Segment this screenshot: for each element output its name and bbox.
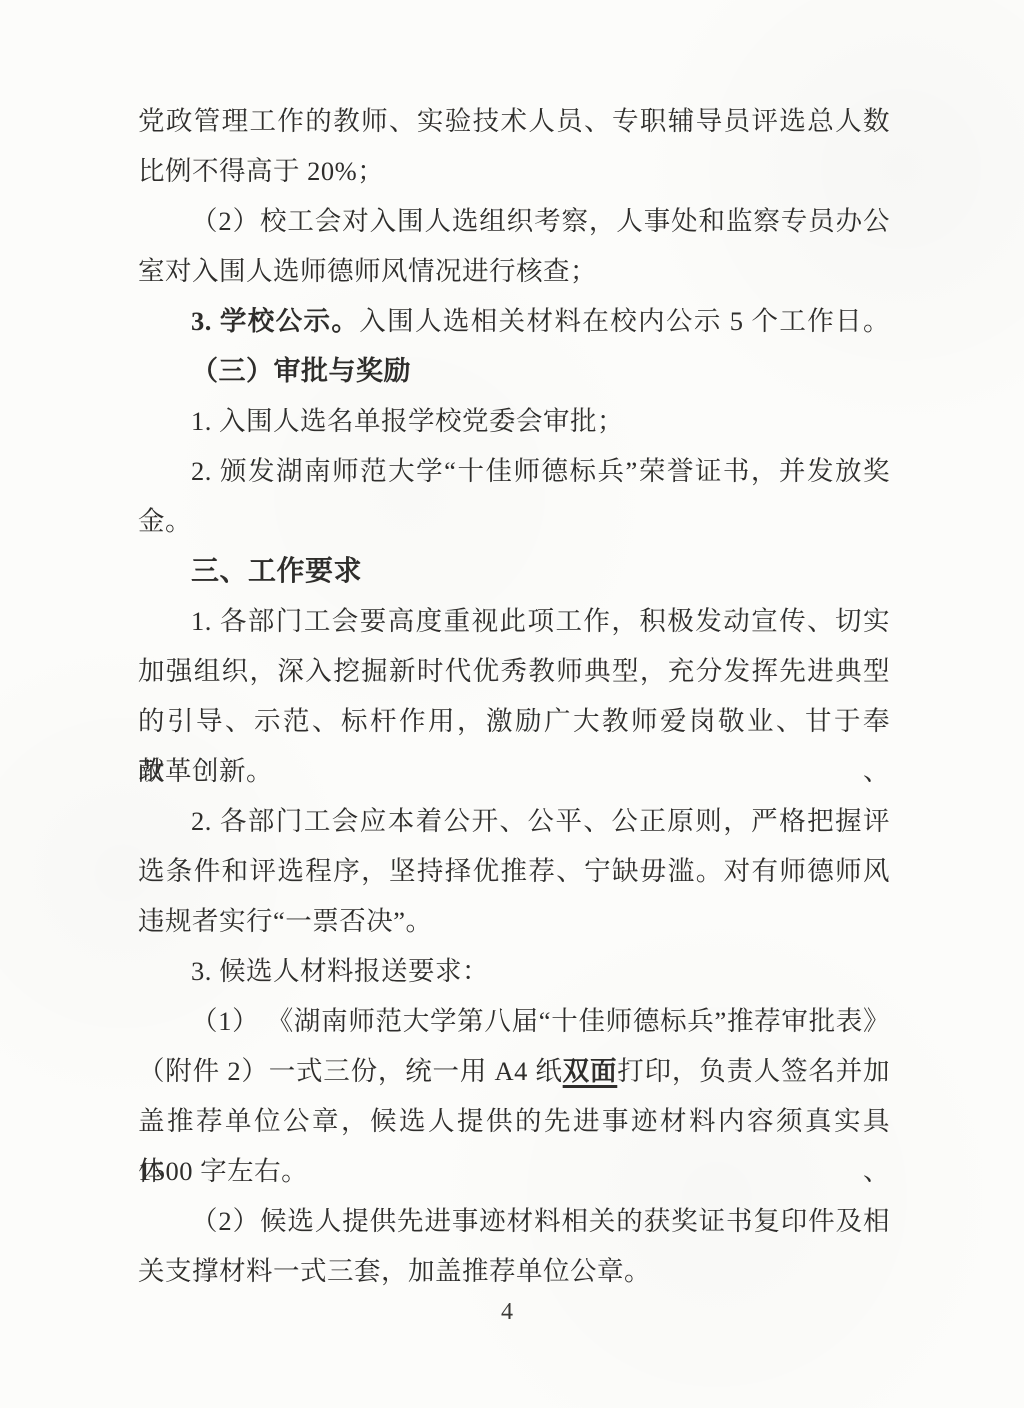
para-item-2-inspection-line-2: 室对入围人选师德师风情况进行核查； (138, 246, 890, 296)
para-approval-1-line-1: 1. 入围人选名单报学校党委会审批； (138, 396, 890, 446)
text-segment: 1. 入围人选名单报学校党委会审批； (191, 406, 624, 436)
para-requirement-2-line-3: 违规者实行“一票否决”。 (138, 896, 890, 946)
text-segment: 加强组织，深入挖掘新时代优秀教师典型，充分发挥先进典型 (138, 656, 890, 686)
para-approval-2-line-2: 金。 (138, 496, 890, 546)
document-page: 党政管理工作的教师、实验技术人员、专职辅导员评选总人数比例不得高于 20%；（2… (0, 0, 1024, 1408)
heading-section-3-approval-reward-line-1: （三）审批与奖励 (138, 346, 890, 396)
para-requirement-2-line-1: 2. 各部门工会应本着公开、公平、公正原则，严格把握评 (138, 796, 890, 846)
para-requirement-3-line-1: 3. 候选人材料报送要求： (138, 946, 890, 996)
text-segment: （三）审批与奖励 (191, 356, 411, 386)
text-segment: 比例不得高于 20%； (138, 156, 384, 186)
page-number: 4 (0, 1294, 1014, 1330)
text-segment: （附件 2）一式三份，统一用 A4 纸 (138, 1056, 563, 1086)
text-segment-lead: 3. 学校公示。 (191, 306, 359, 336)
heading-part-3-work-requirements-line-1: 三、工作要求 (138, 546, 890, 596)
para-quota-ratio-line-1: 党政管理工作的教师、实验技术人员、专职辅导员评选总人数 (138, 96, 890, 146)
text-segment: 金。 (138, 506, 192, 536)
para-requirement-1-line-3: 的引导、示范、标杆作用，激励广大教师爱岗敬业、甘于奉献、 (138, 696, 890, 746)
para-material-2-line-2: 关支撑材料一式三套，加盖推荐单位公章。 (138, 1246, 890, 1296)
text-segment: （1） 《湖南师范大学第八届“十佳师德标兵”推荐审批表》 (191, 1006, 890, 1036)
text-segment: 打印，负责人签名并加 (617, 1056, 890, 1086)
text-segment: 1. 各部门工会要高度重视此项工作，积极发动宣传、切实 (191, 606, 890, 636)
text-segment: 关支撑材料一式三套，加盖推荐单位公章。 (138, 1256, 651, 1286)
text-segment: 选条件和评选程序，坚持择优推荐、宁缺毋滥。对有师德师风 (138, 856, 890, 886)
para-material-1-line-3: 盖推荐单位公章，候选人提供的先进事迹材料内容须真实具体、 (138, 1096, 890, 1146)
text-segment: 入围人选相关材料在校内公示 5 个工作日。 (359, 306, 890, 336)
text-segment: 违规者实行“一票否决”。 (138, 906, 433, 936)
para-material-2-line-1: （2）候选人提供先进事迹材料相关的获奖证书复印件及相 (138, 1196, 890, 1246)
para-item-2-inspection-line-1: （2）校工会对入围人选组织考察，人事处和监察专员办公 (138, 196, 890, 246)
para-material-1-line-1: （1） 《湖南师范大学第八届“十佳师德标兵”推荐审批表》 (138, 996, 890, 1046)
document-body: 党政管理工作的教师、实验技术人员、专职辅导员评选总人数比例不得高于 20%；（2… (138, 96, 890, 1296)
para-requirement-1-line-2: 加强组织，深入挖掘新时代优秀教师典型，充分发挥先进典型 (138, 646, 890, 696)
text-segment: 2. 各部门工会应本着公开、公平、公正原则，严格把握评 (191, 806, 890, 836)
para-material-1-line-2: （附件 2）一式三份，统一用 A4 纸双面打印，负责人签名并加 (138, 1046, 890, 1096)
text-segment-bu: 双面 (563, 1056, 618, 1086)
para-requirement-2-line-2: 选条件和评选程序，坚持择优推荐、宁缺毋滥。对有师德师风 (138, 846, 890, 896)
text-segment: 1500 字左右。 (138, 1156, 308, 1186)
para-approval-2-line-1: 2. 颁发湖南师范大学“十佳师德标兵”荣誉证书，并发放奖 (138, 446, 890, 496)
text-segment: 室对入围人选师德师风情况进行核查； (138, 256, 597, 286)
text-segment: 三、工作要求 (191, 555, 362, 586)
text-segment: 3. 候选人材料报送要求： (191, 956, 489, 986)
text-segment: 2. 颁发湖南师范大学“十佳师德标兵”荣誉证书，并发放奖 (191, 456, 890, 486)
para-requirement-1-line-1: 1. 各部门工会要高度重视此项工作，积极发动宣传、切实 (138, 596, 890, 646)
para-quota-ratio-line-2: 比例不得高于 20%； (138, 146, 890, 196)
text-segment: 党政管理工作的教师、实验技术人员、专职辅导员评选总人数 (138, 106, 890, 136)
text-segment: 改革创新。 (138, 756, 273, 786)
para-item-3-public-notice-line-1: 3. 学校公示。入围人选相关材料在校内公示 5 个工作日。 (138, 296, 890, 346)
text-segment: （2）候选人提供先进事迹材料相关的获奖证书复印件及相 (191, 1206, 890, 1236)
text-segment: （2）校工会对入围人选组织考察，人事处和监察专员办公 (191, 206, 890, 236)
